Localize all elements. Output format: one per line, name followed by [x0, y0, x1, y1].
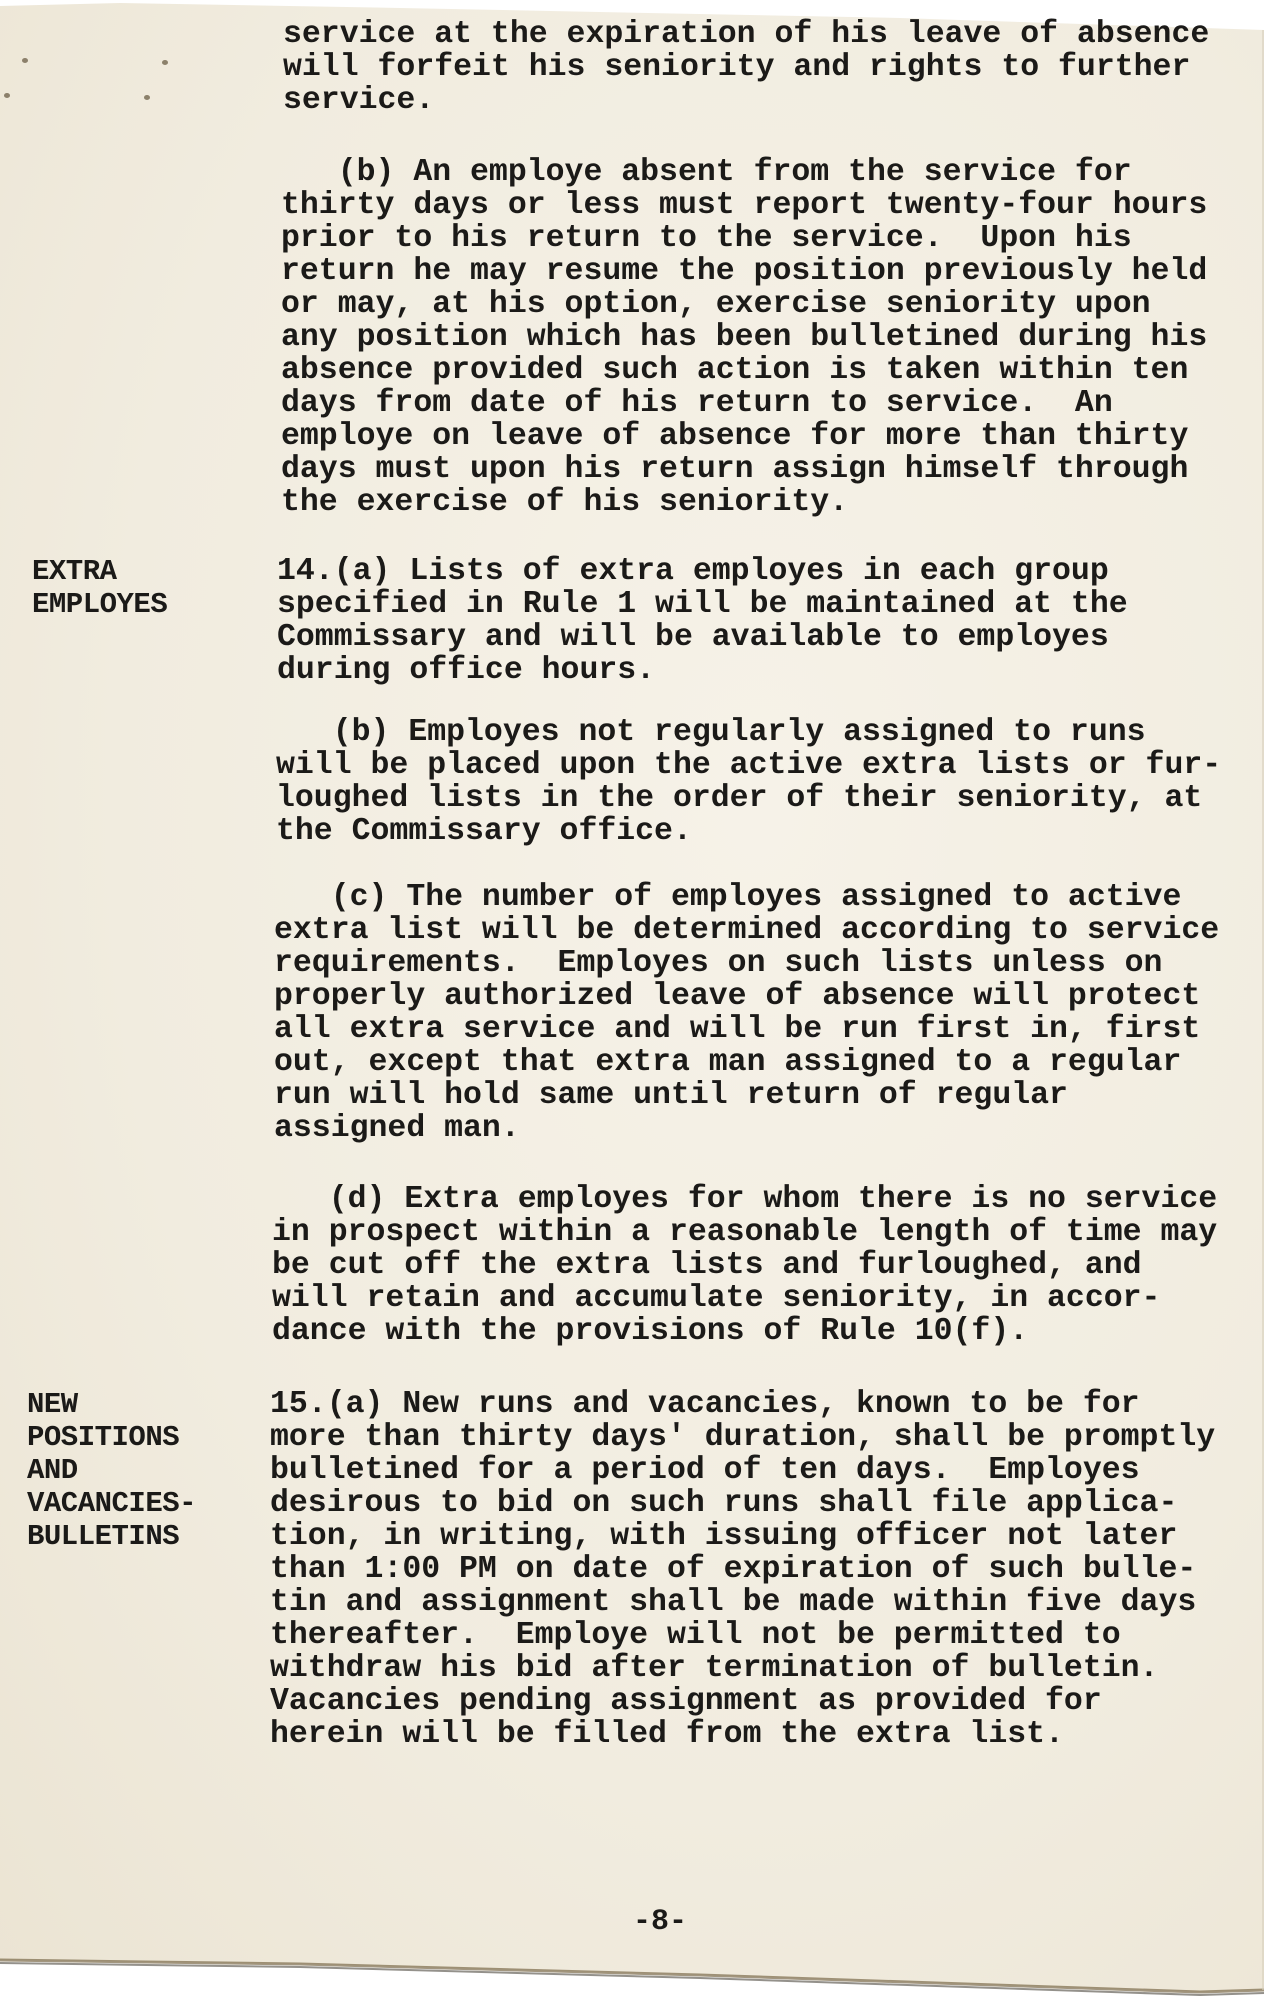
margin-label-new-positions: NEW POSITIONS AND VACANCIES- BULLETINS	[27, 1388, 196, 1553]
text-line: in prospect within a reasonable length o…	[272, 1215, 1217, 1250]
paragraph-15a: 15.(a) New runs and vacancies, known to …	[270, 1388, 1215, 1751]
paragraph-14a: 14.(a) Lists of extra employes in each g…	[277, 555, 1128, 687]
text-line: Commissary and will be available to empl…	[277, 620, 1109, 655]
paragraph-14d: (d) Extra employes for whom there is no …	[272, 1183, 1217, 1348]
text-line: requirements. Employes on such lists unl…	[274, 946, 1162, 981]
staple-hole-mark	[162, 60, 168, 65]
text-line: or may, at his option, exercise seniorit…	[281, 287, 1151, 322]
text-line: days must upon his return assign himself…	[281, 452, 1188, 487]
label-line: NEW	[27, 1388, 78, 1421]
text-line: (b) An employe absent from the service f…	[281, 155, 1132, 190]
margin-label-extra-employes: EXTRA EMPLOYES	[32, 555, 167, 621]
paragraph-13b: (b) An employe absent from the service f…	[281, 156, 1207, 519]
text-line: prior to his return to the service. Upon…	[281, 221, 1132, 256]
text-line: tin and assignment shall be made within …	[270, 1585, 1196, 1620]
text-line: thereafter. Employe will not be permitte…	[270, 1618, 1121, 1653]
text-line: the exercise of his seniority.	[281, 485, 848, 520]
text-line: Vacancies pending assignment as provided…	[270, 1684, 1102, 1719]
text-line: withdraw his bid after termination of bu…	[270, 1651, 1158, 1686]
text-line: return he may resume the position previo…	[281, 254, 1207, 289]
text-line: specified in Rule 1 will be maintained a…	[277, 587, 1128, 622]
text-line: 15.(a) New runs and vacancies, known to …	[270, 1387, 1140, 1422]
text-line: thirty days or less must report twenty-f…	[281, 188, 1207, 223]
text-line: tion, in writing, with issuing officer n…	[270, 1519, 1177, 1554]
text-line: the Commissary office.	[276, 814, 692, 849]
text-line: employe on leave of absence for more tha…	[281, 419, 1188, 454]
text-line: bulletined for a period of ten days. Emp…	[270, 1453, 1140, 1488]
text-line: service at the expiration of his leave o…	[283, 17, 1209, 52]
label-line: EMPLOYES	[32, 588, 167, 621]
page-number: -8-	[633, 1906, 687, 1939]
text-line: dance with the provisions of Rule 10(f).	[272, 1314, 1028, 1349]
staple-hole-mark	[4, 93, 10, 98]
label-line: AND	[27, 1454, 78, 1487]
paragraph-14b: (b) Employes not regularly assigned to r…	[276, 716, 1221, 848]
text-line: more than thirty days' duration, shall b…	[270, 1420, 1215, 1455]
text-line: absence provided such action is taken wi…	[281, 353, 1188, 388]
text-line: herein will be filled from the extra lis…	[270, 1717, 1064, 1752]
text-line: service.	[283, 83, 434, 118]
text-line: (c) The number of employes assigned to a…	[274, 880, 1181, 915]
staple-hole-mark	[144, 95, 150, 100]
label-line: POSITIONS	[27, 1421, 179, 1454]
text-line: will retain and accumulate seniority, in…	[272, 1281, 1160, 1316]
text-line: assigned man.	[274, 1111, 520, 1146]
text-line: (d) Extra employes for whom there is no …	[272, 1182, 1217, 1217]
label-line: VACANCIES-	[27, 1487, 196, 1520]
label-line: BULLETINS	[27, 1520, 179, 1553]
text-line: all extra service and will be run first …	[274, 1012, 1200, 1047]
text-line: properly authorized leave of absence wil…	[274, 979, 1200, 1014]
text-line: desirous to bid on such runs shall file …	[270, 1486, 1177, 1521]
text-line: loughed lists in the order of their seni…	[276, 781, 1202, 816]
text-line: will be placed upon the active extra lis…	[276, 748, 1221, 783]
paragraph-14c: (c) The number of employes assigned to a…	[274, 881, 1219, 1145]
text-line: be cut off the extra lists and furloughe…	[272, 1248, 1142, 1283]
text-line: 14.(a) Lists of extra employes in each g…	[277, 554, 1109, 589]
paragraph-continuation: service at the expiration of his leave o…	[283, 18, 1209, 117]
text-line: extra list will be determined according …	[274, 913, 1219, 948]
text-line: run will hold same until return of regul…	[274, 1078, 1068, 1113]
text-line: (b) Employes not regularly assigned to r…	[276, 715, 1146, 750]
text-line: any position which has been bulletined d…	[281, 320, 1207, 355]
label-line: EXTRA	[32, 555, 117, 588]
text-line: will forfeit his seniority and rights to…	[283, 50, 1190, 85]
text-line: out, except that extra man assigned to a…	[274, 1045, 1181, 1080]
text-line: during office hours.	[277, 653, 655, 688]
text-line: than 1:00 PM on date of expiration of su…	[270, 1552, 1196, 1587]
text-line: days from date of his return to service.…	[281, 386, 1113, 421]
staple-hole-mark	[22, 58, 28, 63]
